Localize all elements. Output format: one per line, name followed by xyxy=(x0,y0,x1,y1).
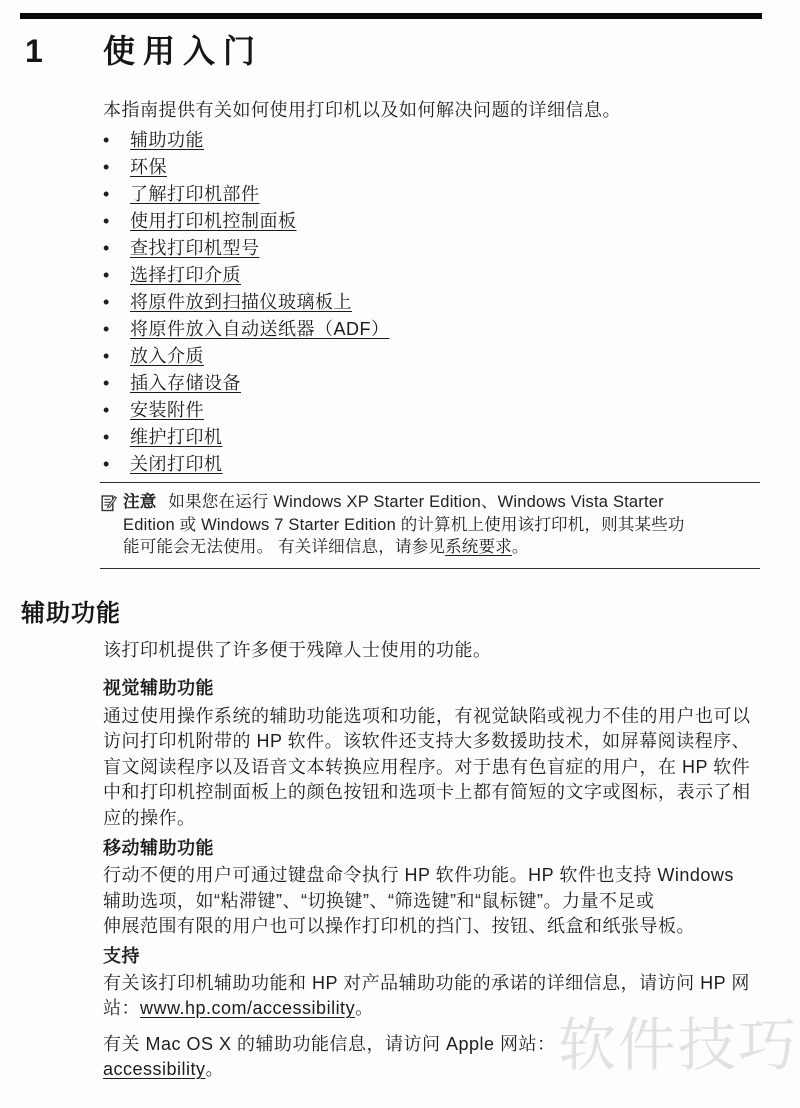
toc-item: •插入存储设备 xyxy=(0,374,800,393)
chapter-number: 1 xyxy=(25,32,103,70)
toc-link-memory-device[interactable]: 插入存储设备 xyxy=(130,374,241,393)
bullet-icon: • xyxy=(103,455,130,474)
chapter-intro-paragraph: 本指南提供有关如何使用打印机以及如何解决问题的详细信息。 xyxy=(103,100,758,120)
toc-item: •放入介质 xyxy=(0,347,800,366)
chapter-heading: 1 使用入门 xyxy=(25,32,800,70)
hp-accessibility-link[interactable]: www.hp.com/accessibility xyxy=(140,998,355,1018)
toc-item: •维护打印机 xyxy=(0,428,800,447)
toc-link-accessibility[interactable]: 辅助功能 xyxy=(130,131,204,150)
toc-item: •使用打印机控制面板 xyxy=(0,212,800,231)
bullet-icon: • xyxy=(103,239,130,258)
note-pencil-icon xyxy=(101,494,117,559)
toc-item: •将原件放入自动送纸器（ADF） xyxy=(0,320,800,339)
toc-link-turn-off-printer[interactable]: 关闭打印机 xyxy=(130,455,223,474)
toc-item: •将原件放到扫描仪玻璃板上 xyxy=(0,293,800,312)
visual-aids-heading: 视觉辅助功能 xyxy=(103,678,758,698)
toc-item: •关闭打印机 xyxy=(0,455,800,474)
toc-link-accessories[interactable]: 安装附件 xyxy=(130,401,204,420)
toc-link-printer-parts[interactable]: 了解打印机部件 xyxy=(130,185,260,204)
watermark: 软件技巧 xyxy=(558,1014,798,1078)
support-apple-suffix: 。 xyxy=(206,1059,225,1079)
support-heading: 支持 xyxy=(103,946,758,966)
mobility-aids-heading: 移动辅助功能 xyxy=(103,838,758,858)
toc-item: •环保 xyxy=(0,158,800,177)
toc-link-load-media[interactable]: 放入介质 xyxy=(130,347,204,366)
toc-item: •查找打印机型号 xyxy=(0,239,800,258)
note-text: 注意如果您在运行 Windows XP Starter Edition、Wind… xyxy=(123,491,685,559)
section-intro-paragraph: 该打印机提供了许多便于残障人士使用的功能。 xyxy=(103,640,758,660)
note-body-text: 如果您在运行 Windows XP Starter Edition、Window… xyxy=(123,493,685,556)
bullet-icon: • xyxy=(103,374,130,393)
bullet-icon: • xyxy=(103,428,130,447)
toc-link-maintain-printer[interactable]: 维护打印机 xyxy=(130,428,223,447)
note-box: 注意如果您在运行 Windows XP Starter Edition、Wind… xyxy=(100,482,760,569)
bullet-icon: • xyxy=(103,320,130,339)
bullet-icon: • xyxy=(103,347,130,366)
bullet-icon: • xyxy=(103,266,130,285)
toc-item: •了解打印机部件 xyxy=(0,185,800,204)
toc-link-control-panel[interactable]: 使用打印机控制面板 xyxy=(130,212,297,231)
support-apple-text: 有关 Mac OS X 的辅助功能信息，请访问 Apple 网站： xyxy=(103,1034,556,1054)
bullet-icon: • xyxy=(103,401,130,420)
toc-item: •安装附件 xyxy=(0,401,800,420)
toc-item: •选择打印介质 xyxy=(0,266,800,285)
apple-accessibility-link[interactable]: accessibility xyxy=(103,1059,206,1079)
chapter-divider-rule xyxy=(20,13,762,19)
visual-aids-paragraph: 通过使用操作系统的辅助功能选项和功能，有视觉缺陷或视力不佳的用户也可以 访问打印… xyxy=(103,704,758,832)
bullet-icon: • xyxy=(103,293,130,312)
bullet-icon: • xyxy=(103,212,130,231)
support-hp-suffix: 。 xyxy=(355,998,374,1018)
bullet-icon: • xyxy=(103,131,130,150)
mobility-aids-paragraph: 行动不便的用户可通过键盘命令执行 HP 软件功能。HP 软件也支持 Window… xyxy=(103,863,758,940)
bullet-icon: • xyxy=(103,158,130,177)
note-body-suffix: 。 xyxy=(512,538,529,556)
mobility-aids-text: 行动不便的用户可通过键盘命令执行 HP 软件功能。HP 软件也支持 Window… xyxy=(103,865,734,936)
toc-link-model-number[interactable]: 查找打印机型号 xyxy=(130,239,260,258)
section-title-accessibility: 辅助功能 xyxy=(21,601,800,627)
toc-link-adf[interactable]: 将原件放入自动送纸器（ADF） xyxy=(130,320,390,339)
toc-list: •辅助功能 •环保 •了解打印机部件 •使用打印机控制面板 •查找打印机型号 •… xyxy=(0,131,800,474)
toc-item: •辅助功能 xyxy=(0,131,800,150)
chapter-title: 使用入门 xyxy=(103,32,263,70)
note-label: 注意 xyxy=(123,493,156,511)
toc-link-environment[interactable]: 环保 xyxy=(130,158,167,177)
toc-link-scanner-glass[interactable]: 将原件放到扫描仪玻璃板上 xyxy=(130,293,352,312)
toc-link-print-media[interactable]: 选择打印介质 xyxy=(130,266,241,285)
system-requirements-link[interactable]: 系统要求 xyxy=(445,538,512,556)
bullet-icon: • xyxy=(103,185,130,204)
